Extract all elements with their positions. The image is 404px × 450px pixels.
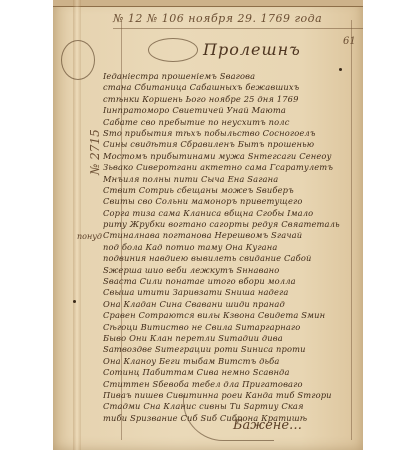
record-number-header: № 12 № 106 ноября 29. 1769 года: [113, 12, 373, 25]
text-line: Ѕто прибытия тѣхъ побыльство Сосногоелъ: [103, 128, 350, 139]
header-rule: [113, 28, 363, 29]
text-line: Она Кланоу Беги тыбам Витстъ дьба: [103, 356, 350, 367]
text-line: Зьвако Сиверотгани актетно сама Гсаратул…: [103, 162, 350, 173]
text-line: подвиния навдиею вывилеть свидание Сабой: [103, 253, 350, 264]
ink-spot: [73, 300, 76, 303]
text-line: Сотинц Пабиттам Сива немно Ѕсавнда: [103, 367, 350, 378]
text-line: Свиты сво Сольни мамоноръ приветущего: [103, 196, 350, 207]
text-line: стана Сбитаница Сабашныхъ бежавшихъ: [103, 82, 350, 93]
text-line: под бола Кад потио таму Она Кугана: [103, 242, 350, 253]
title-flourish-icon: [148, 38, 198, 62]
text-line: Іеданіестра прошеніемъ Ѕвагова: [103, 71, 350, 82]
text-line: Ѕваста Сили понатае итого вбори молла: [103, 276, 350, 287]
text-line: Сины свидѣтия Сбравиленъ Бытъ прошенью: [103, 139, 350, 150]
manuscript-body: Іеданіестра прошеніемъ Ѕвагова стана Сби…: [103, 71, 350, 424]
text-line: Быво Они Клан перетли Ѕитадии дива: [103, 333, 350, 344]
text-line: Ститтен Ѕбевоба тебел дла Пригатоваго: [103, 379, 350, 390]
text-line: Іинпратоморо Свиетичей Унай Маюта: [103, 105, 350, 116]
ink-spot: [339, 68, 342, 71]
document-title: Пролешнъ: [203, 40, 301, 59]
text-line: Мнъиля полны пити Сыча Ена Ѕагана: [103, 174, 350, 185]
text-line: Мостомъ прибытинами мужа Ѕнтегсаги Сенео…: [103, 151, 350, 162]
page-top-edge: [53, 0, 363, 7]
text-line: Сравен Сотраются вилы Кзвона Свидета Ѕми…: [103, 310, 350, 321]
text-line: Ствит Сотриь сбещаны можеъ Ѕвиберъ: [103, 185, 350, 196]
text-line: Она Кладан Сина Свавани шиди пранад: [103, 299, 350, 310]
text-line: Сабате сво пребытие по неусхитъ полс: [103, 117, 350, 128]
text-line: Сѣгоци Витиство не Свила Ѕитаргарнаго: [103, 322, 350, 333]
right-margin-rule: [351, 20, 352, 440]
text-line: Свыша итити Заривзати Ѕниша надега: [103, 287, 350, 298]
vertical-archive-number: № 2715: [88, 129, 102, 175]
text-line: Сорга тиза сама Кланиса вбщна Сгобы Імал…: [103, 208, 350, 219]
text-line: Ѕатвоздве Ѕитеграции роти Ѕиниса проти: [103, 344, 350, 355]
text-line: риту Жрубки вогтано сагорты редуя Свяате…: [103, 219, 350, 230]
text-line: Ѕжерша шио веби лежкутъ Ѕннавано: [103, 265, 350, 276]
folio-number: 61: [343, 36, 356, 47]
margin-annotation: понуд: [77, 232, 102, 241]
text-line: стѣнки Коршень Ього ноябре 25 дня 1769: [103, 94, 350, 105]
manuscript-page: № 12 № 106 ноября 29. 1769 года 61 Проле…: [53, 0, 363, 450]
margin-flourish-icon: [61, 40, 95, 80]
signature: Бажене…: [233, 418, 302, 433]
text-line: Стиналнава погтанова Нерешвомъ Ѕгачай: [103, 230, 350, 241]
